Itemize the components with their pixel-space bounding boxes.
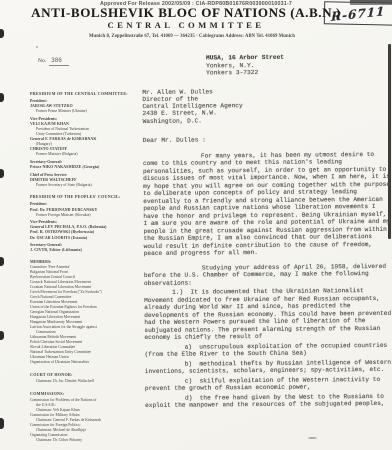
reference-number: 386 (49, 57, 69, 66)
scan-artifact (0, 169, 4, 178)
letter-paragraph: 1.) It is documented that the Ukrainian … (144, 287, 391, 342)
salutation: Dear Mr. Dulles : (143, 135, 390, 144)
sidebar-line: Former Prime Minister (Ukraine) (30, 109, 142, 114)
sidebar-line: Chairman: Dr. Jur. Dimiter Waltscheff (30, 379, 142, 384)
sidebar-line: Dr. OSCAR LOORITS (Estonia) (30, 236, 142, 241)
scan-artifact (0, 331, 4, 340)
letterhead-address: Munich 8, Zeppelinstraße 67, Tel. 41069 … (0, 34, 384, 39)
letter-paragraph: a) unscrupulous exploitation of the occu… (145, 342, 392, 359)
scan-artifact (36, 46, 38, 48)
sidebar: PRESIDIUM OF THE CENTRAL COMMITTEE:Presi… (30, 88, 142, 450)
sender-block: MUSA, 16 Arbor StreetYonkers, N.Y.Yonker… (206, 53, 389, 77)
scan-artifact (0, 257, 4, 266)
scanned-letter-page: Approved For Release 2002/05/09 : CIA-RD… (0, 0, 392, 450)
letter-paragraph: b) methodical thefts by Russian intellig… (145, 359, 392, 376)
sidebar-line: COMMISSIONS: (30, 391, 142, 396)
sidebar-line: Former Minister (Bulgaria) (30, 152, 142, 157)
sidebar-line: Former Secretary of State (Bulgaria) (30, 183, 142, 188)
sidebar-section: PRESIDIUM OF THE PEOPLES' COUNCIL:Presid… (30, 194, 142, 253)
recipient-line: Washington, D.C. (143, 116, 390, 125)
recipient-block: Mr. Allen W. DullesDirector of theCentra… (142, 86, 389, 125)
scan-artifact (0, 93, 4, 102)
reference-label: No. (38, 58, 46, 64)
sidebar-line: PRESIDIUM OF THE PEOPLES' COUNCIL: (30, 194, 142, 199)
sidebar-line: Former Foreign Minister (Slovakia) (30, 213, 142, 218)
organization-title: ANTI-BOLSHEVIK BLOC OF NATIONS (A.B.N.) (0, 5, 372, 21)
scan-artifact (0, 418, 4, 429)
sidebar-section: MEMBERS:Committee 'Free Armenia'Bulgaria… (30, 260, 142, 365)
reference-number-line: No.386 (38, 57, 69, 64)
letter-paragraph: Studying your address of April 26, 1958,… (144, 263, 391, 288)
sender-line: Yonkers 3-7322 (206, 68, 389, 77)
sidebar-line: Prince NIKO NAKASHIDZE (Georgia) (30, 165, 142, 170)
sidebar-section: COMMISSIONS:Commission for Problems of t… (30, 391, 142, 443)
paragraphs: For many years, it has been my utmost de… (143, 151, 392, 410)
letter-body: MUSA, 16 Arbor StreetYonkers, N.Y.Yonker… (142, 53, 392, 410)
letter-paragraph: d) the free hand given by the West to th… (145, 393, 392, 410)
sidebar-line: PRESIDIUM OF THE CENTRAL COMMITTEE: (30, 91, 142, 96)
scan-artifact (308, 437, 317, 439)
sidebar-section: COURT OF HONOR:Chairman: Dr. Jur. Dimite… (30, 372, 142, 384)
sidebar-line: COURT OF HONOR: (30, 372, 142, 377)
letter-paragraph: c) skilful exploitation of the Western i… (145, 376, 392, 393)
letter-paragraph: For many years, it has been my utmost de… (143, 151, 391, 258)
committee-title: CENTRAL COMMITTEE (0, 20, 372, 30)
sidebar-line: Chairman: Dr. Ctibor Pokorny (30, 438, 142, 443)
sidebar-line: Organization of Ukrainian Nationalists (30, 360, 142, 365)
sidebar-section: PRESIDIUM OF THE CENTRAL COMMITTEE:Presi… (30, 91, 142, 188)
sidebar-line: J. CIVTR, Editor (Lithuania) (30, 248, 142, 253)
